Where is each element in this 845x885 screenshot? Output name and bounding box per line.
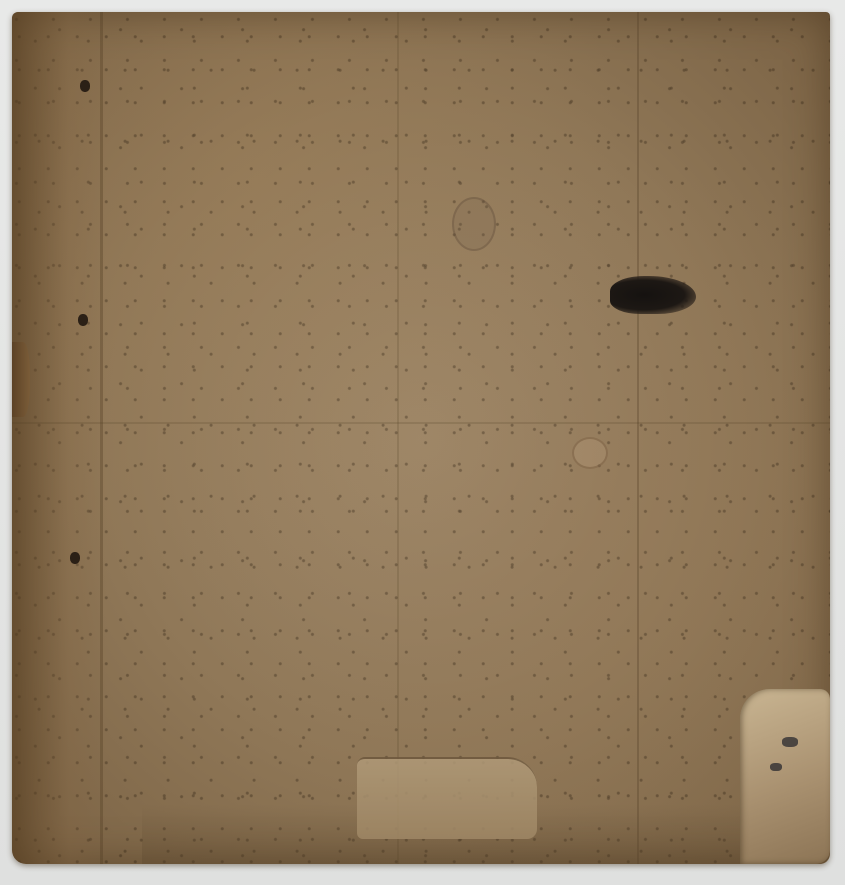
binding-hole — [80, 80, 90, 92]
folded-bottom-right-corner — [740, 689, 830, 864]
book-cover — [12, 12, 830, 864]
water-stain — [452, 197, 496, 251]
vertical-crease-faint — [397, 12, 399, 864]
ink-mark — [770, 763, 782, 771]
left-edge-tear — [12, 342, 30, 417]
vertical-crease — [637, 12, 639, 864]
ink-blot-stain — [610, 276, 696, 314]
ink-mark — [782, 737, 798, 747]
water-stain — [572, 437, 608, 469]
spine-band — [12, 12, 107, 864]
photo-backdrop: Weathered antique book cover — [0, 0, 845, 885]
spine-fold-line — [100, 12, 103, 864]
binding-hole — [70, 552, 80, 564]
torn-bottom-patch — [357, 757, 537, 839]
binding-hole — [78, 314, 88, 326]
horizontal-crease — [12, 422, 830, 424]
